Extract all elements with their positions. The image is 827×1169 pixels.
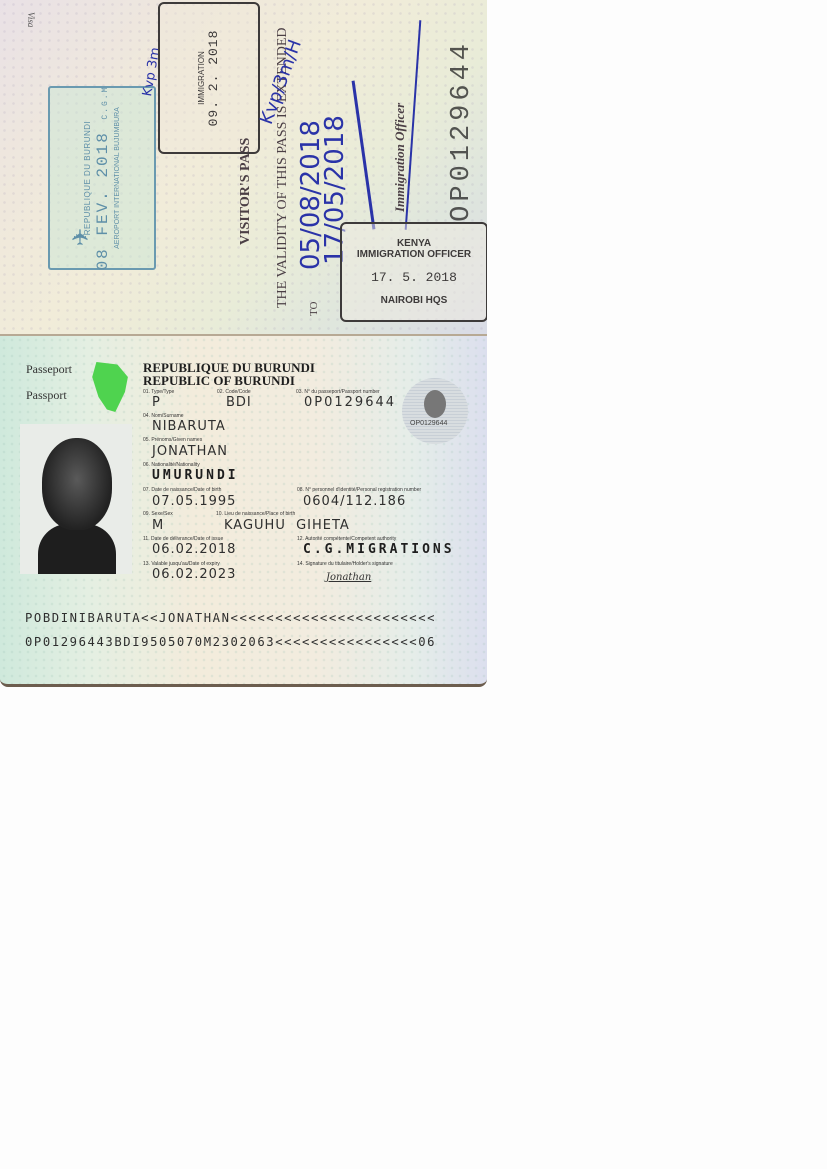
immigration-officer-label: Immigration Officer <box>392 103 408 212</box>
date-of-birth-value: 07.05.1995 <box>152 494 236 509</box>
surname-value: NIBARUTA <box>152 419 226 434</box>
country-name-en: REPUBLIC OF BURUNDI <box>143 374 295 387</box>
mrz-line-1: POBDINIBARUTA<<JONATHAN<<<<<<<<<<<<<<<<<… <box>25 611 436 625</box>
ghost-image-number: OP0129644 <box>410 420 447 427</box>
visa-label: Visa <box>26 12 36 27</box>
airplane-icon: ✈ <box>68 228 94 246</box>
immigration-stamp-feb: IMMIGRATION 09. 2. 2018 <box>158 2 260 154</box>
given-names-label: 05. Prénoms/Given names <box>143 437 202 443</box>
kenya-stamp-location: NAIROBI HQS <box>342 295 486 306</box>
burundi-stamp-date: 08 FEV. 2018 <box>94 131 112 270</box>
date-of-expiry-value: 06.02.2023 <box>152 567 236 582</box>
passport-number-value: 0P0129644 <box>304 395 396 410</box>
stamp-date: 09. 2. 2018 <box>206 30 221 127</box>
burundi-stamp-suffix: C.G.M <box>101 86 110 120</box>
passport-data-page: Passeport Passport REPUBLIQUE DU BURUNDI… <box>0 336 487 687</box>
burundi-map-icon <box>88 362 130 412</box>
visa-page: Visa REPUBLIQUE DU BURUNDI 08 FEV. 2018 … <box>0 0 487 336</box>
burundi-entry-stamp: REPUBLIQUE DU BURUNDI 08 FEV. 2018 C.G.M… <box>48 86 156 270</box>
photo-face <box>42 438 112 530</box>
photo-shoulders <box>38 524 116 574</box>
date-of-issue-value: 06.02.2018 <box>152 542 236 557</box>
personal-number-label: 08. N° personnel d'identité/Personal reg… <box>297 487 421 493</box>
personal-number-value: 0604/112.186 <box>303 494 406 509</box>
to-label: TO <box>308 302 320 316</box>
holder-signature: Jonathan <box>326 572 371 583</box>
authority-value: C.G.MIGRATIONS <box>303 542 455 557</box>
place-of-birth-label: 10. Lieu de naissance/Place of birth <box>216 511 295 517</box>
code-value: BDI <box>226 395 252 410</box>
kenya-stamp-country: KENYA <box>342 238 486 249</box>
ghost-face <box>424 390 446 418</box>
burundi-stamp-airport: AEROPORT INTERNATIONAL BUJUMBURA <box>114 86 121 271</box>
signature-label: 14. Signature du titulaire/Holder's sign… <box>297 561 393 567</box>
nationality-value: UMURUNDI <box>152 468 239 483</box>
doc-type-en: Passport <box>26 388 67 403</box>
sex-label: 09. Sexe/Sex <box>143 511 173 517</box>
ghost-image: OP0129644 <box>402 378 468 444</box>
kenya-immigration-stamp: KENYA IMMIGRATION OFFICER 17. 5. 2018 NA… <box>340 222 487 322</box>
doc-type-fr: Passeport <box>26 362 72 377</box>
visitors-pass-title: VISITOR'S PASS <box>238 138 254 245</box>
holder-photo <box>20 424 132 574</box>
type-value: P <box>152 395 161 410</box>
stamp-text: IMMIGRATION <box>197 30 206 127</box>
perforated-passport-number: OP0129644 <box>447 40 477 222</box>
kenya-stamp-date: 17. 5. 2018 <box>342 270 486 285</box>
officer-signature-stroke <box>352 81 376 230</box>
mrz-line-2: 0P01296443BDI9505070M2302063<<<<<<<<<<<<… <box>25 635 436 649</box>
sex-value: M <box>152 518 164 533</box>
kenya-stamp-title: IMMIGRATION OFFICER <box>342 249 486 260</box>
date-of-birth-label: 07. Date de naissance/Date of birth <box>143 487 221 493</box>
place-of-birth-value: KAGUHU GIHETA <box>224 518 350 533</box>
given-names-value: JONATHAN <box>152 444 228 459</box>
